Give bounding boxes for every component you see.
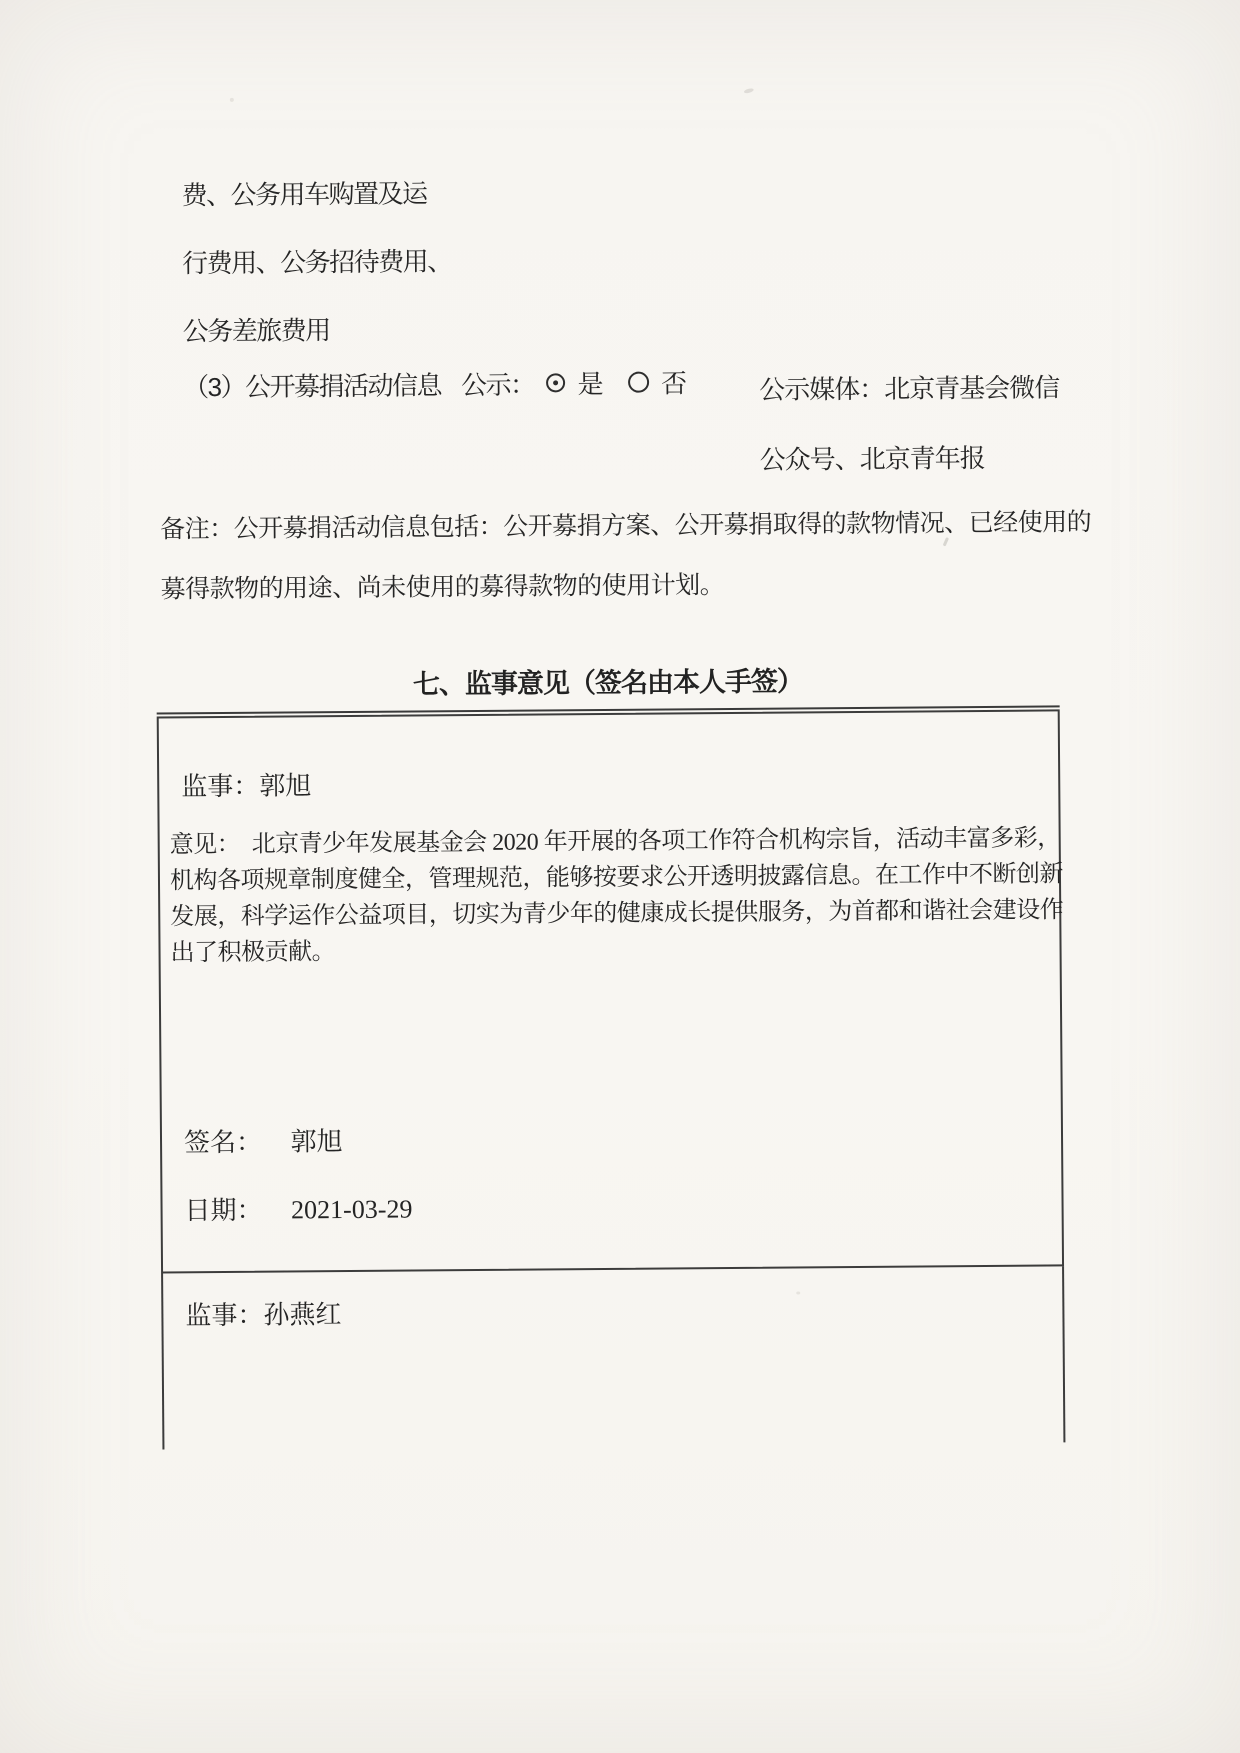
opinion-line-4: 出了积极贡献。 xyxy=(170,928,1058,971)
radio-no-icon xyxy=(628,371,649,392)
publicity-label: 公示： xyxy=(461,364,535,402)
supervisor2-opinion-box: 监事：孙燕红 xyxy=(161,1266,1065,1449)
supervisor1-signature-line: 签名： 郭旭 xyxy=(184,1121,343,1159)
expense-line-2: 行费用、公务招待费用、 xyxy=(182,227,452,297)
expense-line-1: 费、公务用车购置及运 xyxy=(181,159,451,229)
supervisor1-opinion-text: 意见： 北京青少年发展基金会 2020 年开展的各项工作符合机构宗旨，活动丰富多… xyxy=(170,820,1059,971)
signature-value: 郭旭 xyxy=(290,1127,342,1156)
remark-line-1: 备注：公开募捐活动信息包括：公开募捐方案、公开募捐取得的款物情况、已经使用的 xyxy=(160,492,1091,559)
date-value: 2021-03-29 xyxy=(291,1194,413,1224)
supervisor1-opinion-box: 监事：郭旭 意见： 北京青少年发展基金会 2020 年开展的各项工作符合机构宗旨… xyxy=(157,709,1064,1273)
document-content: 费、公务用车购置及运 行费用、公务招待费用、 公务差旅费用 （3）公开募捐活动信… xyxy=(0,0,1240,1753)
fundraising-item-label: （3）公开募捐活动信息 xyxy=(183,365,441,404)
remark-block: 备注：公开募捐活动信息包括：公开募捐方案、公开募捐取得的款物情况、已经使用的 募… xyxy=(160,492,1092,619)
expense-line-3: 公务差旅费用 xyxy=(182,295,452,365)
expense-items-block: 费、公务用车购置及运 行费用、公务招待费用、 公务差旅费用 xyxy=(181,159,452,365)
remark-line-2: 募得款物的用途、尚未使用的募得款物的使用计划。 xyxy=(160,552,1091,619)
opinion-line-3: 发展，科学运作公益项目，切实为青少年的健康成长提供服务，为首都和谐社会建设作 xyxy=(170,892,1058,935)
option-no-label: 否 xyxy=(661,363,686,400)
date-label: 日期： xyxy=(184,1196,262,1226)
supervisor1-name: 监事：郭旭 xyxy=(181,765,311,803)
scanned-document-page: 费、公务用车购置及运 行费用、公务招待费用、 公务差旅费用 （3）公开募捐活动信… xyxy=(0,0,1240,1753)
media-line-2: 公众号、北京青年报 xyxy=(759,422,1060,494)
radio-yes-icon xyxy=(547,373,566,392)
scan-speck xyxy=(230,98,234,102)
signature-label: 签名： xyxy=(184,1128,262,1158)
supervisor1-date-line: 日期： 2021-03-29 xyxy=(184,1188,412,1227)
scan-speck xyxy=(743,88,754,95)
media-line-1: 公示媒体：北京青基会微信 xyxy=(759,352,1060,424)
publicity-media-block: 公示媒体：北京青基会微信 公众号、北京青年报 xyxy=(759,352,1060,494)
supervisor2-name: 监事：孙燕红 xyxy=(185,1294,341,1332)
option-yes-label: 是 xyxy=(577,363,602,400)
section-title: 七、监事意见（签名由本人手签） xyxy=(156,657,1059,714)
fundraising-info-row: （3）公开募捐活动信息 公示： 是 否 xyxy=(183,361,686,405)
